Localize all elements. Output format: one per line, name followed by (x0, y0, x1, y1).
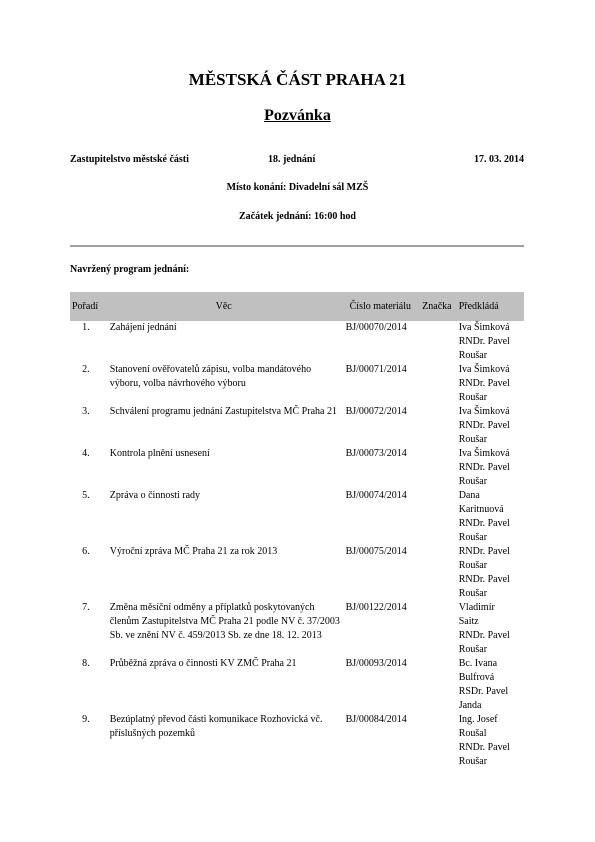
cell-material: BJ/00070/2014 (344, 321, 418, 363)
cell-code (417, 321, 457, 363)
presenter-line: RNDr. Pavel (459, 461, 522, 475)
cell-order: 2. (70, 363, 104, 405)
presenter-line: Iva Šimková (459, 405, 522, 419)
cell-material: BJ/00122/2014 (344, 601, 418, 657)
presenter-line: Saitz (459, 615, 522, 629)
cell-item: Schválení programu jednání Zastupitelstv… (104, 405, 344, 447)
presenter-line: Karitnuová (459, 503, 522, 517)
cell-order: 3. (70, 405, 104, 447)
cell-item: Výroční zpráva MČ Praha 21 za rok 2013 (104, 545, 344, 601)
presenter-line: Iva Šimková (459, 447, 522, 461)
cell-presenter: Iva ŠimkováRNDr. PavelRoušar (457, 321, 524, 363)
cell-material: BJ/00072/2014 (344, 405, 418, 447)
presenter-line: RNDr. Pavel (459, 419, 522, 433)
cell-presenter: Iva ŠimkováRNDr. PavelRoušar (457, 363, 524, 405)
cell-item: Bezúplatný převod části komunikace Rozho… (104, 713, 344, 769)
presenter-line: Roušar (459, 475, 522, 489)
presenter-line: RNDr. Pavel (459, 377, 522, 391)
document-subtitle: Pozvánka (0, 107, 595, 125)
agenda-header-row: Pořadí Věc Číslo materiálu Značka Předkl… (70, 292, 524, 321)
cell-material: BJ/00074/2014 (344, 489, 418, 545)
presenter-line: RNDr. Pavel (459, 741, 522, 755)
presenter-line: Roušar (459, 433, 522, 447)
table-row: 8.Průběžná zpráva o činnosti KV ZMČ Prah… (70, 657, 524, 713)
table-row: 5.Zpráva o činnosti radyBJ/00074/2014Dan… (70, 489, 524, 545)
cell-presenter: VladimírSaitzRNDr. PavelRoušar (457, 601, 524, 657)
column-header-presenter: Předkládá (457, 292, 524, 321)
cell-order: 7. (70, 601, 104, 657)
presenter-line: Roušar (459, 643, 522, 657)
cell-code (417, 545, 457, 601)
presenter-line: RSDr. Pavel (459, 685, 522, 699)
presenter-line: Bulfrová (459, 671, 522, 685)
presenter-line: Roušar (459, 391, 522, 405)
presenter-line: Iva Šimková (459, 363, 522, 377)
table-row: 2.Stanovení ověřovatelů zápisu, volba ma… (70, 363, 524, 405)
agenda-rows: 1.Zahájení jednáníBJ/00070/2014Iva Šimko… (70, 321, 524, 769)
presenter-line: Roušar (459, 531, 522, 545)
horizontal-divider (70, 245, 524, 247)
agenda-table: Pořadí Věc Číslo materiálu Značka Předkl… (70, 292, 524, 769)
presenter-line: Roušar (459, 755, 522, 769)
cell-code (417, 601, 457, 657)
presenter-line: RNDr. Pavel (459, 545, 522, 559)
table-row: 3.Schválení programu jednání Zastupitels… (70, 405, 524, 447)
presenter-line: Ing. Josef (459, 713, 522, 727)
table-row: 6.Výroční zpráva MČ Praha 21 za rok 2013… (70, 545, 524, 601)
presenter-line: Roušar (459, 587, 522, 601)
cell-material: BJ/00073/2014 (344, 447, 418, 489)
agenda-heading: Navržený program jednání: (70, 264, 189, 275)
cell-material: BJ/00084/2014 (344, 713, 418, 769)
cell-order: 6. (70, 545, 104, 601)
cell-item: Průběžná zpráva o činnosti KV ZMČ Praha … (104, 657, 344, 713)
cell-material: BJ/00075/2014 (344, 545, 418, 601)
presenter-line: Janda (459, 699, 522, 713)
presenter-line: RNDr. Pavel (459, 335, 522, 349)
table-row: 9.Bezúplatný převod části komunikace Roz… (70, 713, 524, 769)
presenter-line: Bc. Ivana (459, 657, 522, 671)
presenter-line: Iva Šimková (459, 321, 522, 335)
cell-order: 4. (70, 447, 104, 489)
cell-code (417, 363, 457, 405)
cell-code (417, 657, 457, 713)
presenter-line: Dana (459, 489, 522, 503)
presenter-line: RNDr. Pavel (459, 517, 522, 531)
cell-presenter: DanaKaritnuováRNDr. PavelRoušar (457, 489, 524, 545)
cell-material: BJ/00093/2014 (344, 657, 418, 713)
cell-presenter: Iva ŠimkováRNDr. PavelRoušar (457, 447, 524, 489)
meeting-body: Zastupitelstvo městské části (70, 154, 189, 165)
table-row: 7.Změna měsíční odměny a příplatků posky… (70, 601, 524, 657)
cell-presenter: Ing. JosefRoušalRNDr. PavelRoušar (457, 713, 524, 769)
table-row: 4.Kontrola plnění usneseníBJ/00073/2014I… (70, 447, 524, 489)
cell-code (417, 489, 457, 545)
cell-presenter: Iva ŠimkováRNDr. PavelRoušar (457, 405, 524, 447)
column-header-material: Číslo materiálu (344, 292, 418, 321)
cell-code (417, 405, 457, 447)
cell-presenter: RNDr. PavelRoušarRNDr. PavelRoušar (457, 545, 524, 601)
cell-item: Zahájení jednání (104, 321, 344, 363)
column-header-order: Pořadí (70, 292, 104, 321)
cell-code (417, 713, 457, 769)
cell-order: 9. (70, 713, 104, 769)
cell-order: 5. (70, 489, 104, 545)
cell-item: Zpráva o činnosti rady (104, 489, 344, 545)
presenter-line: Vladimír (459, 601, 522, 615)
meeting-place: Místo konání: Divadelní sál MZŠ (0, 182, 595, 193)
presenter-line: Roušar (459, 559, 522, 573)
cell-item: Kontrola plnění usnesení (104, 447, 344, 489)
meeting-session: 18. jednání (268, 154, 315, 165)
cell-item: Stanovení ověřovatelů zápisu, volba mand… (104, 363, 344, 405)
presenter-line: Roušar (459, 349, 522, 363)
meeting-date: 17. 03. 2014 (474, 154, 524, 165)
column-header-item: Věc (104, 292, 344, 321)
page-title: MĚSTSKÁ ČÁST PRAHA 21 (0, 70, 595, 90)
cell-material: BJ/00071/2014 (344, 363, 418, 405)
meeting-start: Začátek jednání: 16:00 hod (0, 211, 595, 222)
cell-presenter: Bc. IvanaBulfrováRSDr. PavelJanda (457, 657, 524, 713)
cell-order: 1. (70, 321, 104, 363)
presenter-line: Roušal (459, 727, 522, 741)
cell-code (417, 447, 457, 489)
cell-order: 8. (70, 657, 104, 713)
presenter-line: RNDr. Pavel (459, 573, 522, 587)
cell-item: Změna měsíční odměny a příplatků poskyto… (104, 601, 344, 657)
table-row: 1.Zahájení jednáníBJ/00070/2014Iva Šimko… (70, 321, 524, 363)
presenter-line: RNDr. Pavel (459, 629, 522, 643)
column-header-code: Značka (417, 292, 457, 321)
